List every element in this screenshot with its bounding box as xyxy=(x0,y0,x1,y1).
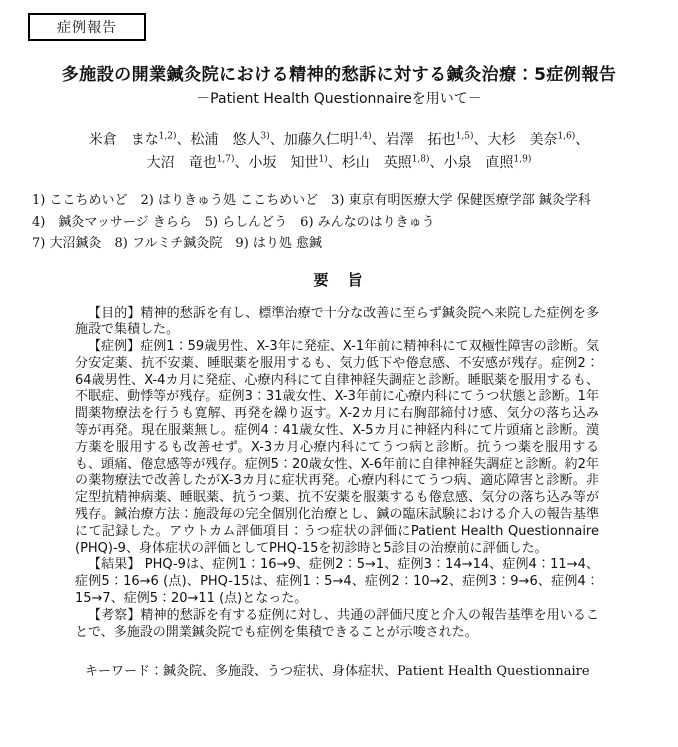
author-superscript: 1,9) xyxy=(514,154,532,164)
abstract-paragraph-results: 【結果】 PHQ-9は、症例1：16→9、症例2：5→1、症例3：14→14、症… xyxy=(75,557,599,607)
author-name: 大沼 竜也 xyxy=(147,155,217,171)
keywords-line: キーワード：鍼灸院、多施設、うつ症状、身体症状、Patient Health Q… xyxy=(85,660,678,679)
author-superscript: 1,6) xyxy=(557,131,575,141)
paper-title: 多施設の開業鍼灸院における精神的愁訴に対する鍼灸治療：5症例報告 xyxy=(0,60,678,85)
author-separator: 、 xyxy=(177,132,191,148)
category-box: 症例報告 xyxy=(28,13,146,41)
author-separator: 、 xyxy=(328,155,342,171)
author-line-2: 大沼 竜也1,7)、小坂 知世1)、杉山 英照1,8)、小泉 直照1,9) xyxy=(0,152,678,175)
abstract-paragraph-cases: 【症例】症例1：59歳男性、X-3年に発症、X-1年前に精神科にて双極性障害の診… xyxy=(75,339,599,557)
author: 小泉 直照1,9) xyxy=(444,155,532,171)
paper-subtitle: －Patient Health Questionnaireを用いて－ xyxy=(0,88,678,108)
author-superscript: 3) xyxy=(261,131,270,141)
author-superscript: 1,2) xyxy=(159,131,177,141)
author: 杉山 英照1,8)、 xyxy=(342,155,444,171)
author-name: 米倉 まな xyxy=(89,132,159,148)
author-separator: 、 xyxy=(430,155,444,171)
author-name: 大杉 美奈 xyxy=(487,132,557,148)
affiliation-line: 4) 鍼灸マッサージ きらら 5) らしんどう 6) みんなのはりきゅう xyxy=(32,212,678,234)
author-line-1: 米倉 まな1,2)、松浦 悠人3)、加藤久仁明1,4)、岩澤 拓也1,5)、大杉… xyxy=(0,129,678,152)
abstract-heading: 要 旨 xyxy=(0,269,678,290)
author-name: 松浦 悠人 xyxy=(191,132,261,148)
affiliation-line: 1) ここちめいど 2) はりきゅう処 ここちめいど 3) 東京有明医療大学 保… xyxy=(32,190,678,212)
author: 岩澤 拓也1,5)、 xyxy=(386,132,488,148)
author-superscript: 1) xyxy=(318,154,327,164)
author-superscript: 1,7) xyxy=(217,154,235,164)
author-name: 小泉 直照 xyxy=(444,155,514,171)
author-name: 岩澤 拓也 xyxy=(386,132,456,148)
author-name: 小坂 知世 xyxy=(248,155,318,171)
author-superscript: 1,4) xyxy=(354,131,372,141)
author-name: 杉山 英照 xyxy=(342,155,412,171)
author-name: 加藤久仁明 xyxy=(284,132,354,148)
author-separator: 、 xyxy=(270,132,284,148)
author-separator: 、 xyxy=(234,155,248,171)
abstract-paragraph-purpose: 【目的】精神的愁訴を有し、標準治療で十分な改善に至らず鍼灸院へ来院した症例を多施… xyxy=(75,306,599,340)
author-separator: 、 xyxy=(473,132,487,148)
author: 米倉 まな1,2)、 xyxy=(89,132,191,148)
author-list: 米倉 まな1,2)、松浦 悠人3)、加藤久仁明1,4)、岩澤 拓也1,5)、大杉… xyxy=(0,129,678,175)
author: 大杉 美奈1,6)、 xyxy=(487,132,589,148)
author-superscript: 1,8) xyxy=(412,154,430,164)
abstract-body: 【目的】精神的愁訴を有し、標準治療で十分な改善に至らず鍼灸院へ来院した症例を多施… xyxy=(75,306,599,642)
author-separator: 、 xyxy=(372,132,386,148)
abstract-paragraph-discussion: 【考察】精神的愁訴を有する症例に対し、共通の評価尺度と介入の報告基準を用いること… xyxy=(75,608,599,642)
author-separator: 、 xyxy=(575,132,589,148)
author: 松浦 悠人3)、 xyxy=(191,132,284,148)
author-superscript: 1,5) xyxy=(456,131,474,141)
affiliation-line: 7) 大沼鍼灸 8) フルミチ鍼灸院 9) はり処 愈鍼 xyxy=(32,233,678,255)
author: 大沼 竜也1,7)、 xyxy=(147,155,249,171)
affiliation-list: 1) ここちめいど 2) はりきゅう処 ここちめいど 3) 東京有明医療大学 保… xyxy=(32,190,678,255)
author: 小坂 知世1)、 xyxy=(248,155,341,171)
author: 加藤久仁明1,4)、 xyxy=(284,132,386,148)
category-label: 症例報告 xyxy=(57,20,117,36)
